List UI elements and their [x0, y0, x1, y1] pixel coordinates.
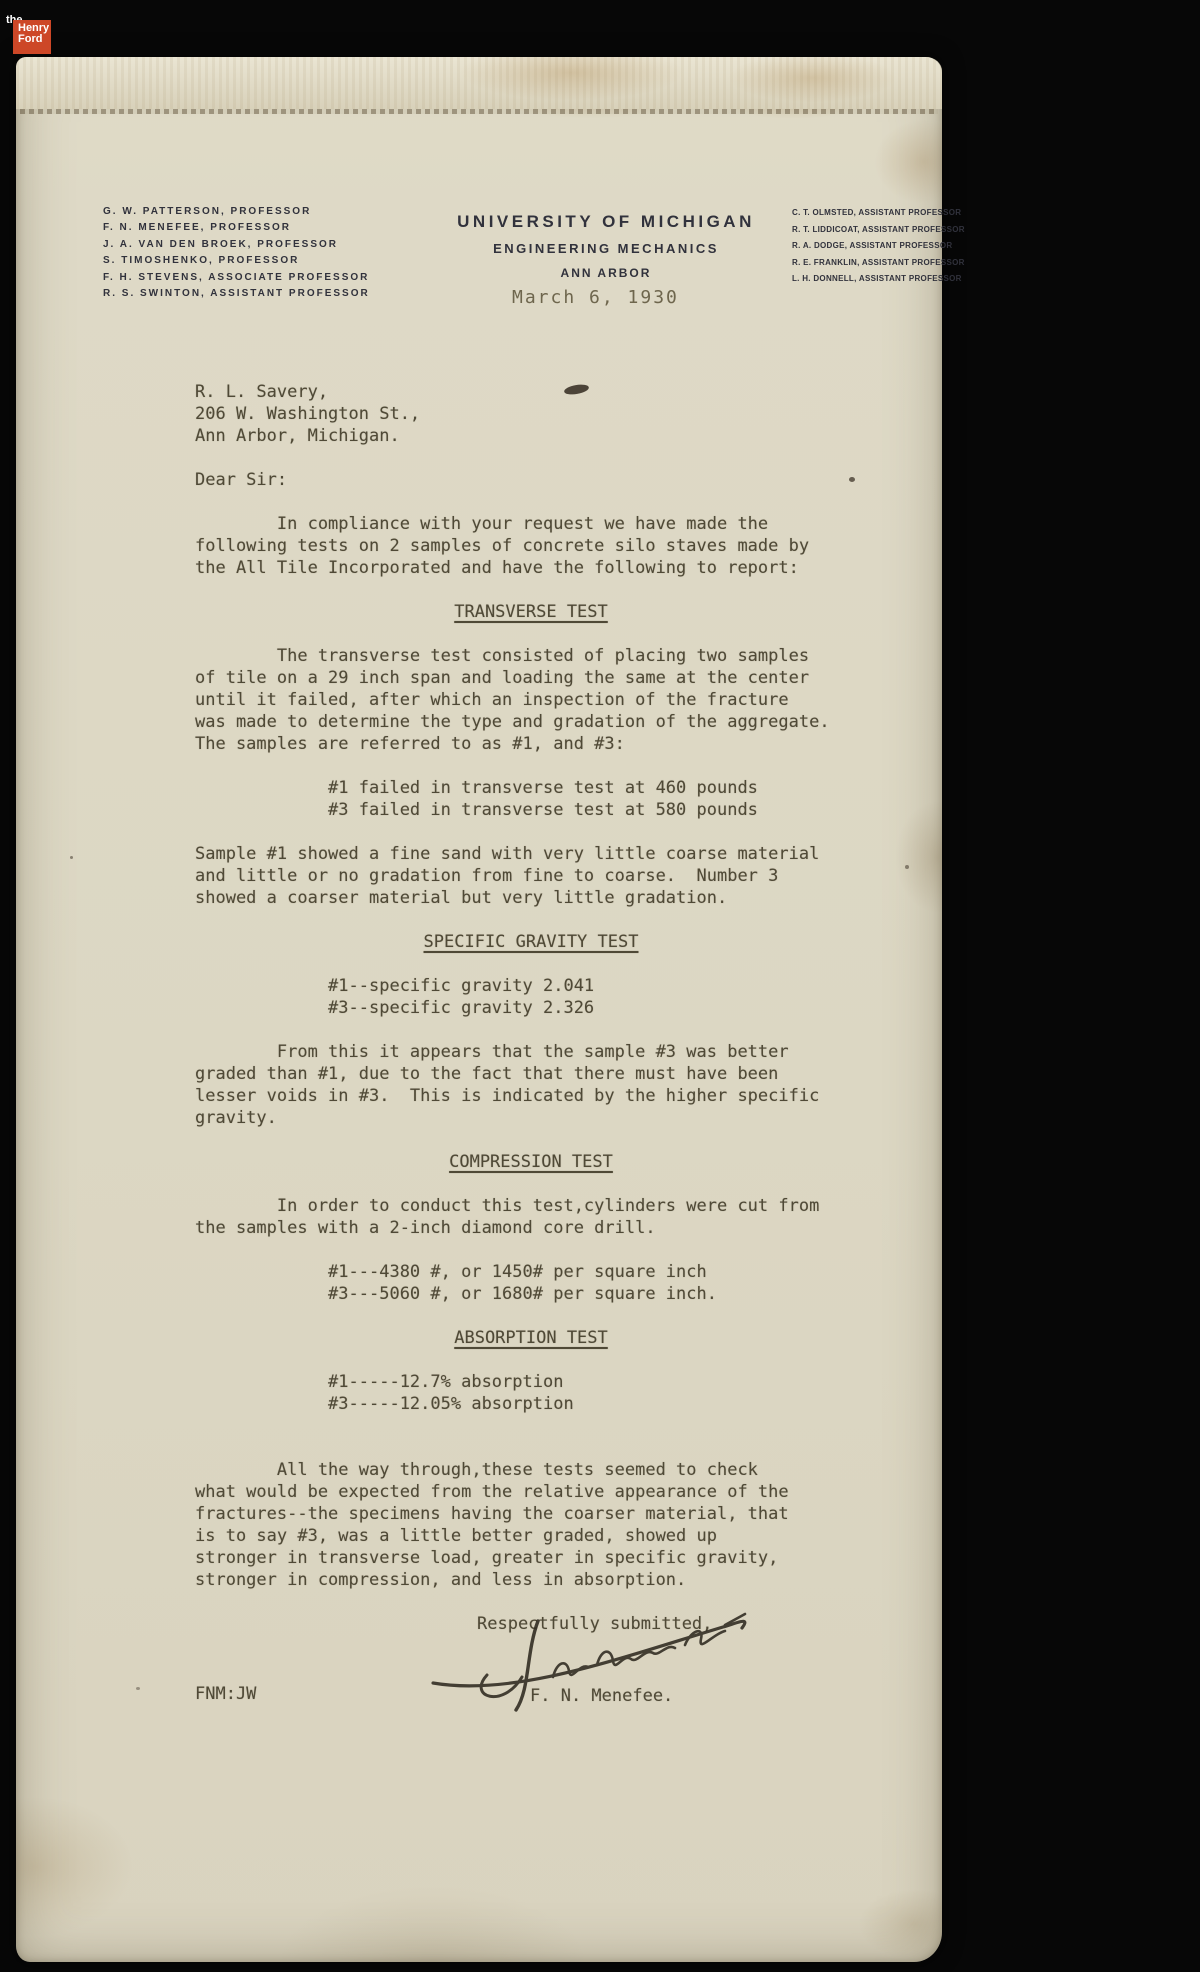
specific-gravity-discussion: From this it appears that the sample #3 … — [195, 1041, 867, 1129]
absorption-test-heading: ABSORPTION TEST — [195, 1327, 867, 1349]
scanned-document-background: the Henry Ford G. W. PATTERSON, PROFESSO… — [0, 0, 1200, 1972]
salutation: Dear Sir: — [195, 469, 867, 491]
faculty-list-right: C. T. OLMSTED, ASSISTANT PROFESSOR R. T.… — [792, 205, 965, 288]
faculty-name: R. A. DODGE, ASSISTANT PROFESSOR — [792, 238, 965, 255]
logo-word-ford: Ford — [18, 34, 51, 45]
absorption-test-results: #1-----12.7% absorption #3-----12.05% ab… — [195, 1371, 867, 1415]
compression-test-heading: COMPRESSION TEST — [195, 1151, 867, 1173]
ink-speck — [136, 1687, 140, 1690]
faculty-name: G. W. PATTERSON, PROFESSOR — [103, 204, 370, 220]
ink-speck — [849, 477, 855, 482]
city-name: ANN ARBOR — [428, 266, 784, 280]
logo-box: Henry Ford — [13, 20, 51, 54]
signed-name: F. N. Menefee. — [530, 1685, 673, 1707]
recipient-address: R. L. Savery, 206 W. Washington St., Ann… — [195, 381, 867, 447]
ink-speck — [70, 856, 73, 859]
intro-paragraph: In compliance with your request we have … — [195, 513, 867, 579]
faculty-list-left: G. W. PATTERSON, PROFESSOR F. N. MENEFEE… — [103, 204, 370, 302]
faculty-name: R. S. SWINTON, ASSISTANT PROFESSOR — [103, 286, 370, 302]
transverse-test-discussion: Sample #1 showed a fine sand with very l… — [195, 843, 867, 909]
faculty-name: R. T. LIDDICOAT, ASSISTANT PROFESSOR — [792, 222, 965, 239]
transverse-test-heading: TRANSVERSE TEST — [195, 601, 867, 623]
department-name: ENGINEERING MECHANICS — [428, 241, 784, 256]
faculty-name: L. H. DONNELL, ASSISTANT PROFESSOR — [792, 271, 965, 288]
faculty-name: R. E. FRANKLIN, ASSISTANT PROFESSOR — [792, 255, 965, 272]
page-top-edge — [16, 57, 942, 109]
henry-ford-logo: the Henry Ford — [6, 12, 66, 56]
faculty-name: S. TIMOSHENKO, PROFESSOR — [103, 253, 370, 269]
specific-gravity-results: #1--specific gravity 2.041 #3--specific … — [195, 975, 867, 1019]
letter-page: G. W. PATTERSON, PROFESSOR F. N. MENEFEE… — [16, 57, 942, 1962]
letter-date: March 6, 1930 — [512, 287, 679, 308]
specific-gravity-heading: SPECIFIC GRAVITY TEST — [195, 931, 867, 953]
faculty-name: C. T. OLMSTED, ASSISTANT PROFESSOR — [792, 205, 965, 222]
transverse-test-results: #1 failed in transverse test at 460 poun… — [195, 777, 867, 821]
signature-row: FNM:JW F. N. Menefee. — [195, 1685, 867, 1709]
university-name: UNIVERSITY OF MICHIGAN — [428, 212, 784, 232]
letter-body: R. L. Savery, 206 W. Washington St., Ann… — [195, 381, 867, 1709]
transverse-test-paragraph: The transverse test consisted of placing… — [195, 645, 867, 755]
typist-initials: FNM:JW — [195, 1683, 256, 1705]
closing-paragraph: All the way through,these tests seemed t… — [195, 1459, 867, 1591]
compression-test-results: #1---4380 #, or 1450# per square inch #3… — [195, 1261, 867, 1305]
ink-speck — [905, 865, 909, 869]
page-binding-stitch — [20, 109, 938, 114]
faculty-name: F. N. MENEFEE, PROFESSOR — [103, 220, 370, 236]
letterhead-center: UNIVERSITY OF MICHIGAN ENGINEERING MECHA… — [428, 212, 784, 280]
faculty-name: F. H. STEVENS, ASSOCIATE PROFESSOR — [103, 270, 370, 286]
faculty-name: J. A. VAN DEN BROEK, PROFESSOR — [103, 237, 370, 253]
compression-test-paragraph: In order to conduct this test,cylinders … — [195, 1195, 867, 1239]
